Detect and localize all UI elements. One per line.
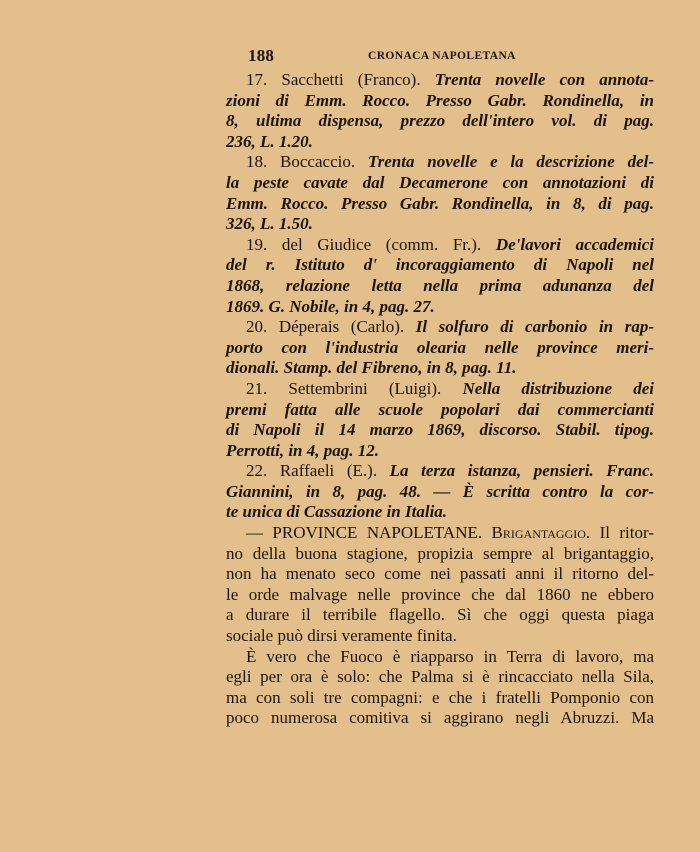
entry-line: la peste cavate dal Decamerone con annot…: [226, 173, 654, 194]
entry-line: 1869. G. Nobile, in 4, pag. 27.: [226, 297, 654, 318]
entry-line: premi fatta alle scuole popolari dai com…: [226, 400, 654, 421]
entry-line: te unica di Cassazione in Italia.: [226, 502, 654, 523]
section-province-napoletane: — PROVINCE NAPOLETANE. Brigantaggio. Il …: [226, 523, 654, 647]
section-subject: Brigantaggio.: [492, 523, 591, 542]
bibliography-entry-17: 17. Sacchetti (Franco). Trenta novelle c…: [226, 70, 654, 152]
entry-line: Giannini, in 8, pag. 48. — È scritta con…: [226, 482, 654, 503]
bibliography-entry-20: 20. Déperais (Carlo). Il solfuro di carb…: [226, 317, 654, 379]
paragraph-line: ma con soli tre compagni: e che i fratel…: [226, 688, 654, 709]
entry-line: porto con l'industria olearia nelle prov…: [226, 338, 654, 359]
page-number: 188: [248, 46, 274, 66]
entry-author: Sacchetti (Franco).: [281, 70, 434, 89]
paragraph-line: le orde malvage nelle province che dal 1…: [226, 585, 654, 606]
paragraph-line: poco numerosa comitiva si aggirano negli…: [226, 708, 654, 729]
running-head-title: CRONACA NAPOLETANA: [368, 50, 516, 62]
entry-number: 20.: [246, 317, 267, 336]
entry-line: 8, ultima dispensa, prezzo dell'intero v…: [226, 111, 654, 132]
bibliography-entry-18: 18. Boccaccio. Trenta novelle e la descr…: [226, 152, 654, 234]
entry-title: De'lavori accademici: [496, 235, 654, 254]
paragraph-brigands: È vero che Fuoco è riapparso in Terra di…: [226, 647, 654, 729]
bibliography-entry-21: 21. Settembrini (Luigi). Nella distribuz…: [226, 379, 654, 461]
bibliography-entry-22: 22. Raffaeli (E.). La terza istanza, pen…: [226, 461, 654, 523]
entry-line: zioni di Emm. Rocco. Presso Gabr. Rondin…: [226, 91, 654, 112]
running-head: 188 CRONACA NAPOLETANA: [226, 46, 654, 68]
paragraph-line: non ha menato seco come nei passati anni…: [226, 564, 654, 585]
section-lead: — PROVINCE NAPOLETANE.: [246, 523, 482, 542]
entry-number: 17.: [246, 70, 267, 89]
entry-title: La terza istanza, pensieri. Franc.: [390, 461, 654, 480]
entry-title: Il solfuro di carbonio in rap-: [416, 317, 654, 336]
paragraph-line: egli per ora è solo: che Palma si è rinc…: [226, 667, 654, 688]
entry-line: Perrotti, in 4, pag. 12.: [226, 441, 654, 462]
entry-line: 326, L. 1.50.: [226, 214, 654, 235]
entry-number: 19.: [246, 235, 267, 254]
entry-line: dionali. Stamp. del Fibreno, in 8, pag. …: [226, 358, 654, 379]
bibliography-entry-19: 19. del Giudice (comm. Fr.). De'lavori a…: [226, 235, 654, 317]
section-text: Il ritor-: [590, 523, 654, 542]
paragraph-line: no della buona stagione, propizia sempre…: [226, 544, 654, 565]
paragraph-line: sociale può dirsi veramente finita.: [226, 626, 654, 647]
book-page: 188 CRONACA NAPOLETANA 17. Sacchetti (Fr…: [226, 46, 654, 729]
entry-number: 21.: [246, 379, 267, 398]
entry-line: 21. Settembrini (Luigi). Nella distribuz…: [226, 379, 654, 400]
entry-line: di Napoli il 14 marzo 1869, discorso. St…: [226, 420, 654, 441]
entry-line: 20. Déperais (Carlo). Il solfuro di carb…: [226, 317, 654, 338]
entry-line: 1868, relazione letta nella prima adunan…: [226, 276, 654, 297]
entry-line: 17. Sacchetti (Franco). Trenta novelle c…: [226, 70, 654, 91]
entry-title: Trenta novelle con annota-: [435, 70, 654, 89]
entry-number: 22.: [246, 461, 267, 480]
entry-title: Nella distribuzione dei: [462, 379, 654, 398]
entry-line: 19. del Giudice (comm. Fr.). De'lavori a…: [226, 235, 654, 256]
entry-author: Déperais (Carlo).: [279, 317, 416, 336]
entry-author: Boccaccio.: [280, 152, 368, 171]
paragraph-line: a durare il terribile flagello. Sì che o…: [226, 605, 654, 626]
entry-line: Emm. Rocco. Presso Gabr. Rondinella, in …: [226, 194, 654, 215]
entry-author: Raffaeli (E.).: [280, 461, 390, 480]
section-heading-line: — PROVINCE NAPOLETANE. Brigantaggio. Il …: [226, 523, 654, 544]
entry-author: del Giudice (comm. Fr.).: [282, 235, 496, 254]
entry-line: 236, L. 1.20.: [226, 132, 654, 153]
paragraph-line: È vero che Fuoco è riapparso in Terra di…: [226, 647, 654, 668]
entry-author: Settembrini (Luigi).: [288, 379, 462, 398]
entry-line: 18. Boccaccio. Trenta novelle e la descr…: [226, 152, 654, 173]
entry-line: 22. Raffaeli (E.). La terza istanza, pen…: [226, 461, 654, 482]
entry-line: del r. Istituto d' incoraggiamento di Na…: [226, 255, 654, 276]
entry-title: Trenta novelle e la descrizione del-: [368, 152, 654, 171]
entry-number: 18.: [246, 152, 267, 171]
